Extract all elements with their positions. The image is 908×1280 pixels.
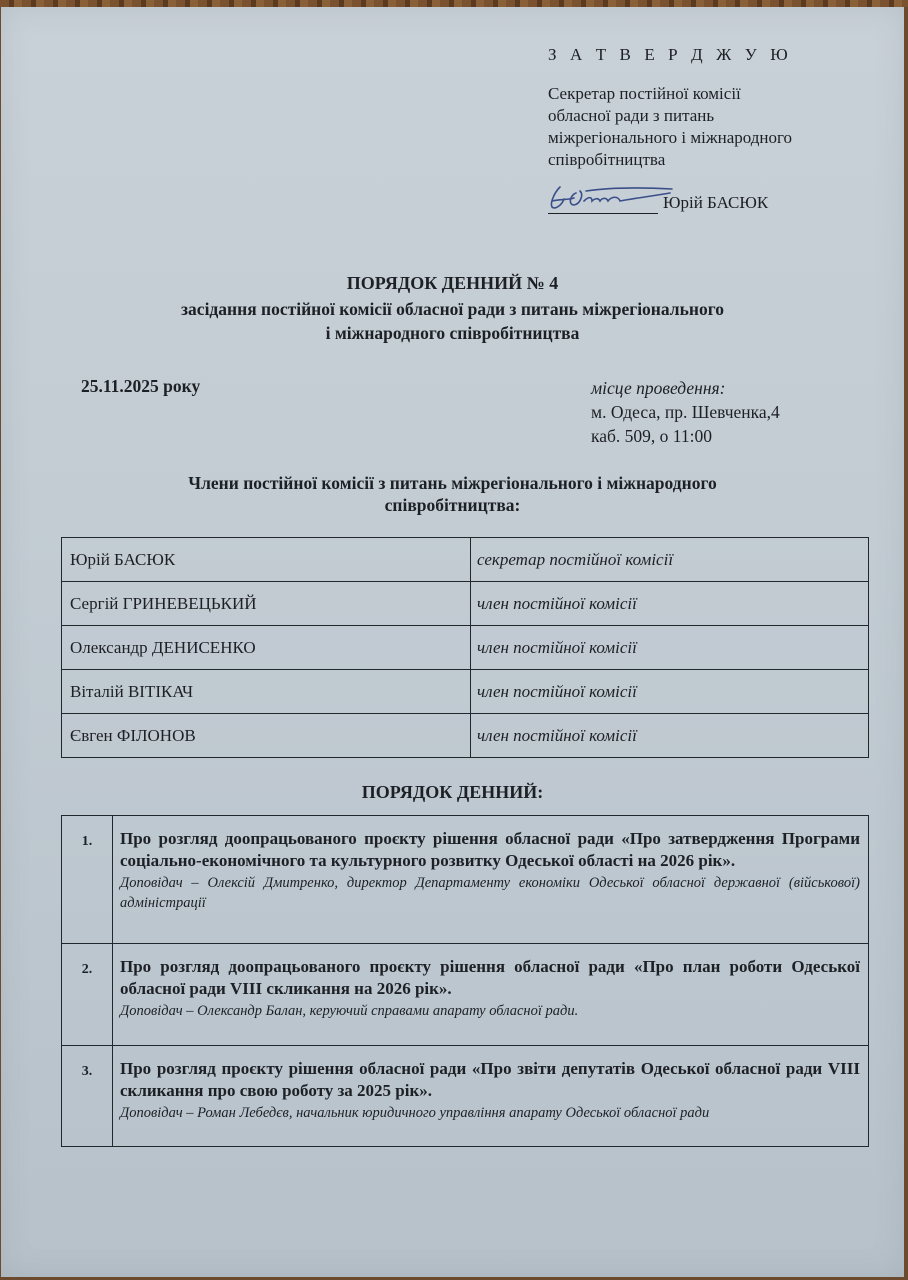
member-role: член постійної комісії [471,714,869,758]
agenda-item-number: 1. [62,816,113,944]
agenda-heading: ПОРЯДОК ДЕННИЙ: [1,782,904,803]
member-name: Віталій ВІТІКАЧ [62,670,471,714]
approver-position-line: обласної ради з питань [548,105,878,127]
member-role: член постійної комісії [471,626,869,670]
agenda-item: Про розгляд проєкту рішення обласної рад… [113,1046,869,1147]
table-row: Сергій ГРИНЕВЕЦЬКИЙ член постійної коміс… [62,582,869,626]
member-name: Юрій БАСЮК [62,538,471,582]
agenda-item: Про розгляд доопрацьованого проєкту ріше… [113,816,869,944]
member-name: Олександр ДЕНИСЕНКО [62,626,471,670]
members-heading-line: співробітництва: [1,494,904,516]
meeting-venue: місце проведення: м. Одеса, пр. Шевченка… [591,376,780,448]
approver-name: Юрій БАСЮК [663,193,768,213]
approval-heading: З А Т В Е Р Д Ж У Ю [548,45,792,65]
agenda-item-speaker: Доповідач – Олександр Балан, керуючий сп… [120,1001,860,1021]
agenda-item-title: Про розгляд проєкту рішення обласної рад… [120,1058,860,1102]
table-row: Віталій ВІТІКАЧ член постійної комісії [62,670,869,714]
handwritten-signature-icon [546,179,676,215]
signature-line [548,213,658,214]
member-name: Сергій ГРИНЕВЕЦЬКИЙ [62,582,471,626]
table-row: 2. Про розгляд доопрацьованого проєкту р… [62,944,869,1046]
agenda-item-speaker: Доповідач – Олексій Дмитренко, директор … [120,873,860,913]
agenda-item: Про розгляд доопрацьованого проєкту ріше… [113,944,869,1046]
members-heading: Члени постійної комісії з питань міжрегі… [1,472,904,516]
desk-surface [0,0,908,7]
table-row: 3. Про розгляд проєкту рішення обласної … [62,1046,869,1147]
table-row: Олександр ДЕНИСЕНКО член постійної коміс… [62,626,869,670]
approver-position-line: Секретар постійної комісії [548,83,878,105]
venue-label: місце проведення: [591,376,780,400]
table-row: 1. Про розгляд доопрацьованого проєкту р… [62,816,869,944]
meeting-date: 25.11.2025 року [81,376,200,397]
agenda-table: 1. Про розгляд доопрацьованого проєкту р… [61,815,869,1147]
table-row: Євген ФІЛОНОВ член постійної комісії [62,714,869,758]
paper-sheet: З А Т В Е Р Д Ж У Ю Секретар постійної к… [1,7,904,1277]
member-role: секретар постійної комісії [471,538,869,582]
approver-position-line: міжрегіонального і міжнародного [548,127,878,149]
member-role: член постійної комісії [471,582,869,626]
agenda-item-title: Про розгляд доопрацьованого проєкту ріше… [120,828,860,872]
venue-room-time: каб. 509, о 11:00 [591,424,780,448]
members-table: Юрій БАСЮК секретар постійної комісії Се… [61,537,869,758]
members-heading-line: Члени постійної комісії з питань міжрегі… [1,472,904,494]
agenda-item-title: Про розгляд доопрацьованого проєкту ріше… [120,956,860,1000]
agenda-item-number: 3. [62,1046,113,1147]
document-title: ПОРЯДОК ДЕННИЙ № 4 [1,273,904,294]
subtitle-line: засідання постійної комісії обласної рад… [1,297,904,321]
approver-position: Секретар постійної комісії обласної ради… [548,83,878,171]
member-name: Євген ФІЛОНОВ [62,714,471,758]
agenda-item-number: 2. [62,944,113,1046]
venue-address: м. Одеса, пр. Шевченка,4 [591,400,780,424]
table-row: Юрій БАСЮК секретар постійної комісії [62,538,869,582]
agenda-item-speaker: Доповідач – Роман Лебедєв, начальник юри… [120,1103,860,1123]
member-role: член постійної комісії [471,670,869,714]
document-subtitle: засідання постійної комісії обласної рад… [1,297,904,345]
subtitle-line: і міжнародного співробітництва [1,321,904,345]
approver-position-line: співробітництва [548,149,878,171]
